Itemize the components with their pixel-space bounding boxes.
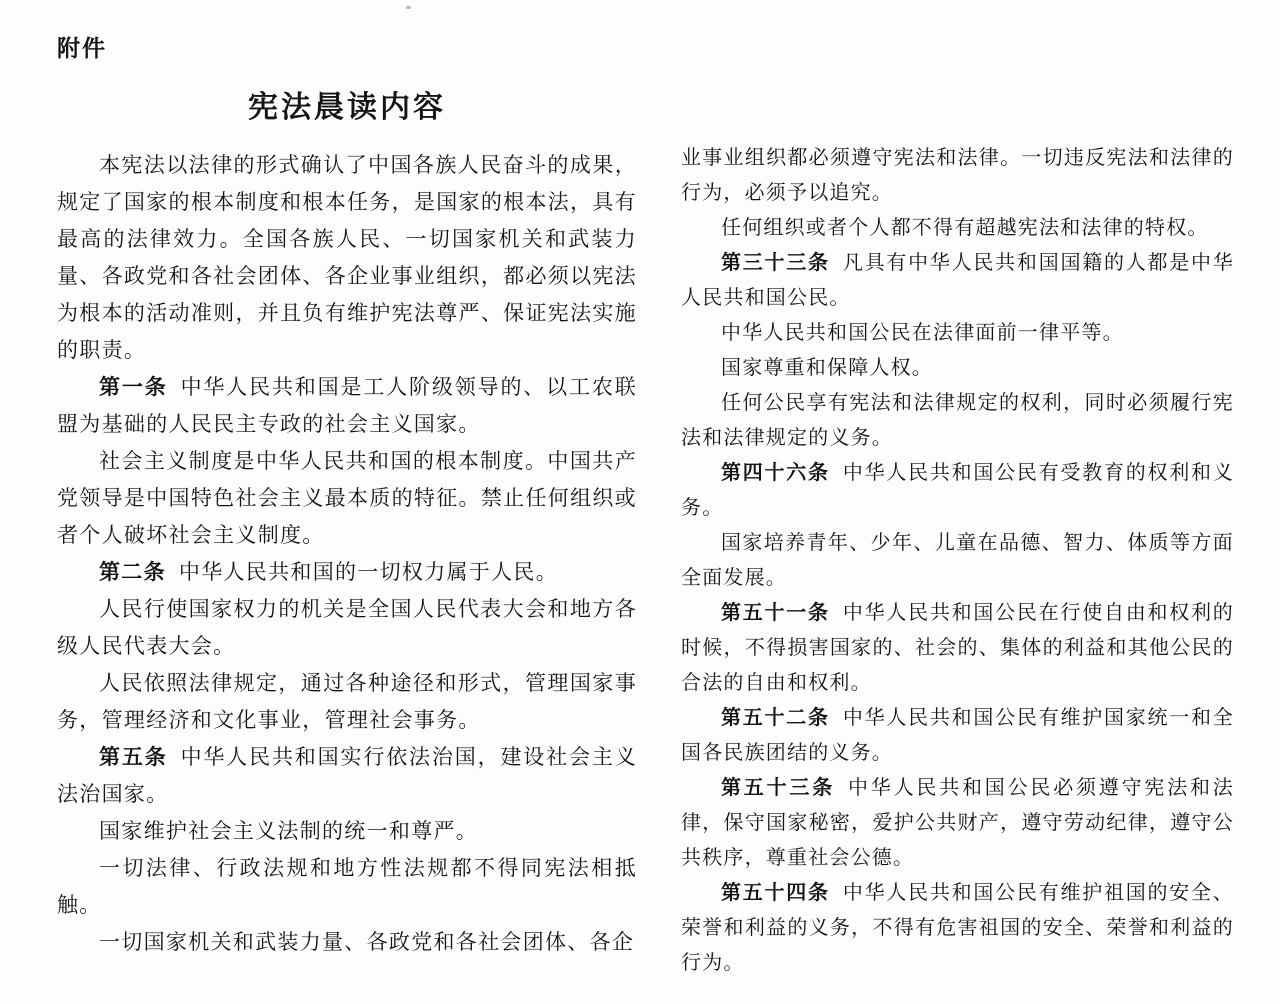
article-number: 第五十二条 [721, 707, 830, 729]
paragraph-text: 任何组织或者个人都不得有超越宪法和法律的特权。 [721, 217, 1209, 239]
paragraph-text: 国家尊重和保障人权。 [721, 357, 933, 379]
article-number: 第五条 [99, 745, 168, 769]
page-title: 宪法晨读内容 [57, 82, 637, 126]
paragraph-article-51: 第五十一条中华人民共和国公民在行使自由和权利的时候，不得损害国家的、社会的、集体… [681, 596, 1234, 701]
paragraph: 一切国家机关和武装力量、各政党和各社会团体、各企 [57, 924, 637, 961]
paragraph: 人民依照法律规定，通过各种途径和形式，管理国家事务，管理经济和文化事业，管理社会… [57, 665, 637, 739]
paragraph-text: 中华人民共和国的一切权力属于人民。 [179, 560, 558, 584]
attachment-label: 附件 [57, 30, 107, 63]
left-column: 本宪法以法律的形式确认了中国各族人民奋斗的成果，规定了国家的根本制度和根本任务，… [57, 147, 637, 961]
paragraph-text: 一切国家机关和武装力量、各政党和各社会团体、各企 [99, 930, 634, 954]
article-number: 第二条 [99, 560, 166, 584]
paragraph-text: 人民依照法律规定，通过各种途径和形式，管理国家事务，管理经济和文化事业，管理社会… [57, 671, 637, 732]
paragraph-article-52: 第五十二条中华人民共和国公民有维护国家统一和全国各民族团结的义务。 [681, 701, 1234, 771]
paragraph-text: 本宪法以法律的形式确认了中国各族人民奋斗的成果，规定了国家的根本制度和根本任务，… [57, 153, 637, 362]
paragraph-article-46: 第四十六条中华人民共和国公民有受教育的权利和义务。 [681, 456, 1234, 526]
paragraph-text: 国家维护社会主义法制的统一和尊严。 [99, 819, 478, 843]
paragraph-text: 人民行使国家权力的机关是全国人民代表大会和地方各级人民代表大会。 [57, 597, 637, 658]
paragraph: 一切法律、行政法规和地方性法规都不得同宪法相抵触。 [57, 850, 637, 924]
paragraph-text: 中华人民共和国公民在法律面前一律平等。 [721, 322, 1124, 344]
paragraph: 国家培养青年、少年、儿童在品德、智力、体质等方面全面发展。 [681, 526, 1234, 596]
paragraph-preamble: 本宪法以法律的形式确认了中国各族人民奋斗的成果，规定了国家的根本制度和根本任务，… [57, 147, 637, 369]
right-column: 业事业组织都必须遵守宪法和法律。一切违反宪法和法律的行为，必须予以追究。 任何组… [681, 141, 1234, 981]
paragraph-article-53: 第五十三条中华人民共和国公民必须遵守宪法和法律，保守国家秘密，爱护公共财产，遵守… [681, 771, 1234, 876]
paragraph-text: 国家培养青年、少年、儿童在品德、智力、体质等方面全面发展。 [681, 532, 1234, 589]
paragraph-text: 任何公民享有宪法和法律规定的权利，同时必须履行宪法和法律规定的义务。 [681, 392, 1234, 449]
paragraph: 中华人民共和国公民在法律面前一律平等。 [681, 316, 1234, 351]
paragraph-text: 业事业组织都必须遵守宪法和法律。一切违反宪法和法律的行为，必须予以追究。 [681, 147, 1234, 204]
paragraph-continuation: 业事业组织都必须遵守宪法和法律。一切违反宪法和法律的行为，必须予以追究。 [681, 141, 1234, 211]
paragraph-article-5: 第五条中华人民共和国实行依法治国，建设社会主义法治国家。 [57, 739, 637, 813]
article-number: 第五十四条 [721, 882, 830, 904]
paragraph: 任何组织或者个人都不得有超越宪法和法律的特权。 [681, 211, 1234, 246]
paragraph: 任何公民享有宪法和法律规定的权利，同时必须履行宪法和法律规定的义务。 [681, 386, 1234, 456]
scan-speck [406, 6, 411, 9]
article-number: 第一条 [99, 375, 168, 399]
article-number: 第五十三条 [721, 777, 835, 799]
paragraph: 人民行使国家权力的机关是全国人民代表大会和地方各级人民代表大会。 [57, 591, 637, 665]
article-number: 第五十一条 [721, 602, 830, 624]
paragraph-article-33: 第三十三条凡具有中华人民共和国国籍的人都是中华人民共和国公民。 [681, 246, 1234, 316]
paragraph-article-54: 第五十四条中华人民共和国公民有维护祖国的安全、荣誉和利益的义务，不得有危害祖国的… [681, 876, 1234, 981]
paragraph: 国家尊重和保障人权。 [681, 351, 1234, 386]
article-number: 第四十六条 [721, 462, 830, 484]
paragraph-article-2: 第二条中华人民共和国的一切权力属于人民。 [57, 554, 637, 591]
paragraph-article-1: 第一条中华人民共和国是工人阶级领导的、以工农联盟为基础的人民民主专政的社会主义国… [57, 369, 637, 443]
article-number: 第三十三条 [721, 252, 830, 274]
paragraph-text: 社会主义制度是中华人民共和国的根本制度。中国共产党领导是中国特色社会主义最本质的… [57, 449, 637, 547]
document-page: 附件 宪法晨读内容 本宪法以法律的形式确认了中国各族人民奋斗的成果，规定了国家的… [0, 0, 1280, 1004]
paragraph: 社会主义制度是中华人民共和国的根本制度。中国共产党领导是中国特色社会主义最本质的… [57, 443, 637, 554]
paragraph-text: 一切法律、行政法规和地方性法规都不得同宪法相抵触。 [57, 856, 637, 917]
paragraph: 国家维护社会主义法制的统一和尊严。 [57, 813, 637, 850]
